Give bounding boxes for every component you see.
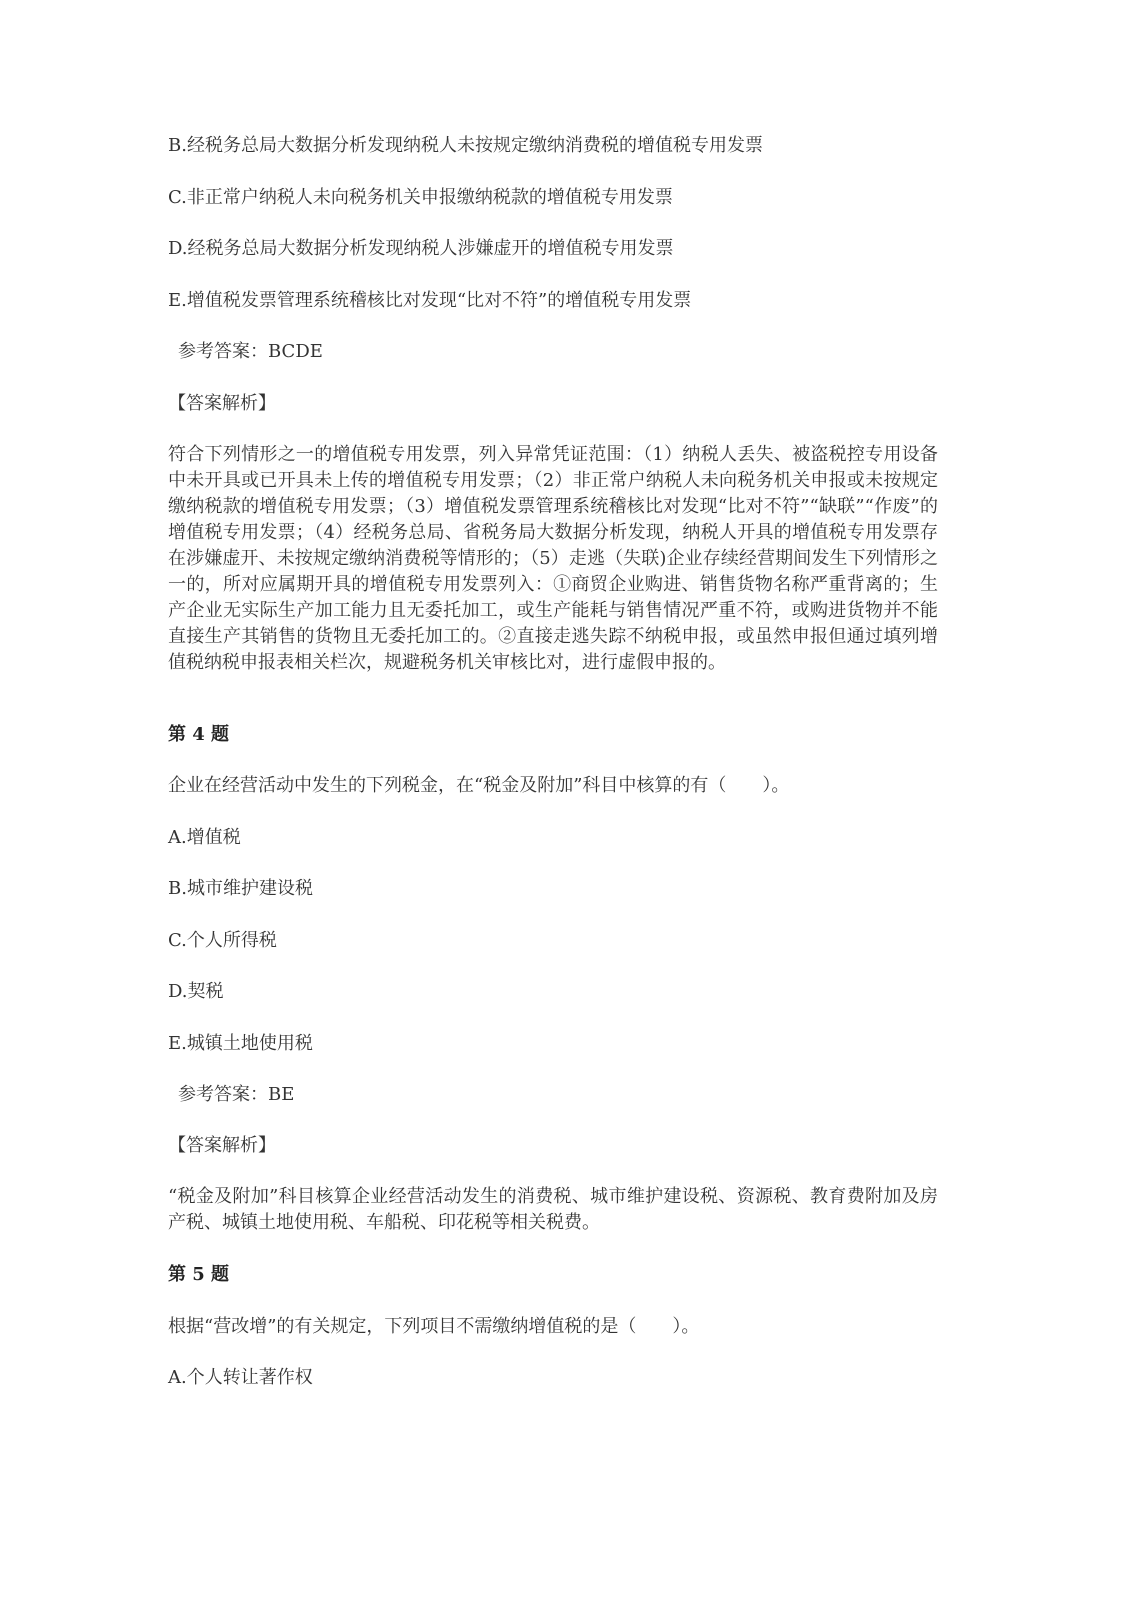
q3-option-d: D.经税务总局大数据分析发现纳税人涉嫌虚开的增值税专用发票 xyxy=(168,237,674,261)
q5-option-a: A.个人转让著作权 xyxy=(168,1366,313,1390)
q4-answer: 参考答案：BE xyxy=(178,1083,294,1107)
q4-option-e: E.城镇土地使用税 xyxy=(168,1032,313,1056)
q3-option-e: E.增值税发票管理系统稽核比对发现“比对不符”的增值税专用发票 xyxy=(168,289,691,313)
q5-question: 根据“营改增”的有关规定，下列项目不需缴纳增值税的是（ ）。 xyxy=(168,1315,699,1339)
q4-option-c: C.个人所得税 xyxy=(168,929,277,953)
q4-option-d: D.契税 xyxy=(168,980,224,1004)
q4-title: 第 4 题 xyxy=(168,723,229,747)
q4-question: 企业在经营活动中发生的下列税金，在“税金及附加”科目中核算的有（ ）。 xyxy=(168,774,789,798)
q3-answer: 参考答案：BCDE xyxy=(178,340,323,364)
q5-title: 第 5 题 xyxy=(168,1263,229,1287)
q3-option-c: C.非正常户纳税人未向税务机关申报缴纳税款的增值税专用发票 xyxy=(168,186,673,210)
q3-analysis-title: 【答案解析】 xyxy=(168,392,276,416)
q4-option-a: A.增值税 xyxy=(168,826,241,850)
q4-option-b: B.城市维护建设税 xyxy=(168,877,313,901)
q3-option-b: B.经税务总局大数据分析发现纳税人未按规定缴纳消费税的增值税专用发票 xyxy=(168,134,763,158)
q4-analysis-title: 【答案解析】 xyxy=(168,1134,276,1158)
q3-analysis-text: 符合下列情形之一的增值税专用发票，列入异常凭证范围：（1）纳税人丢失、被盗税控专… xyxy=(168,442,938,676)
q4-analysis-text: “税金及附加”科目核算企业经营活动发生的消费税、城市维护建设税、资源税、教育费附… xyxy=(168,1184,938,1236)
